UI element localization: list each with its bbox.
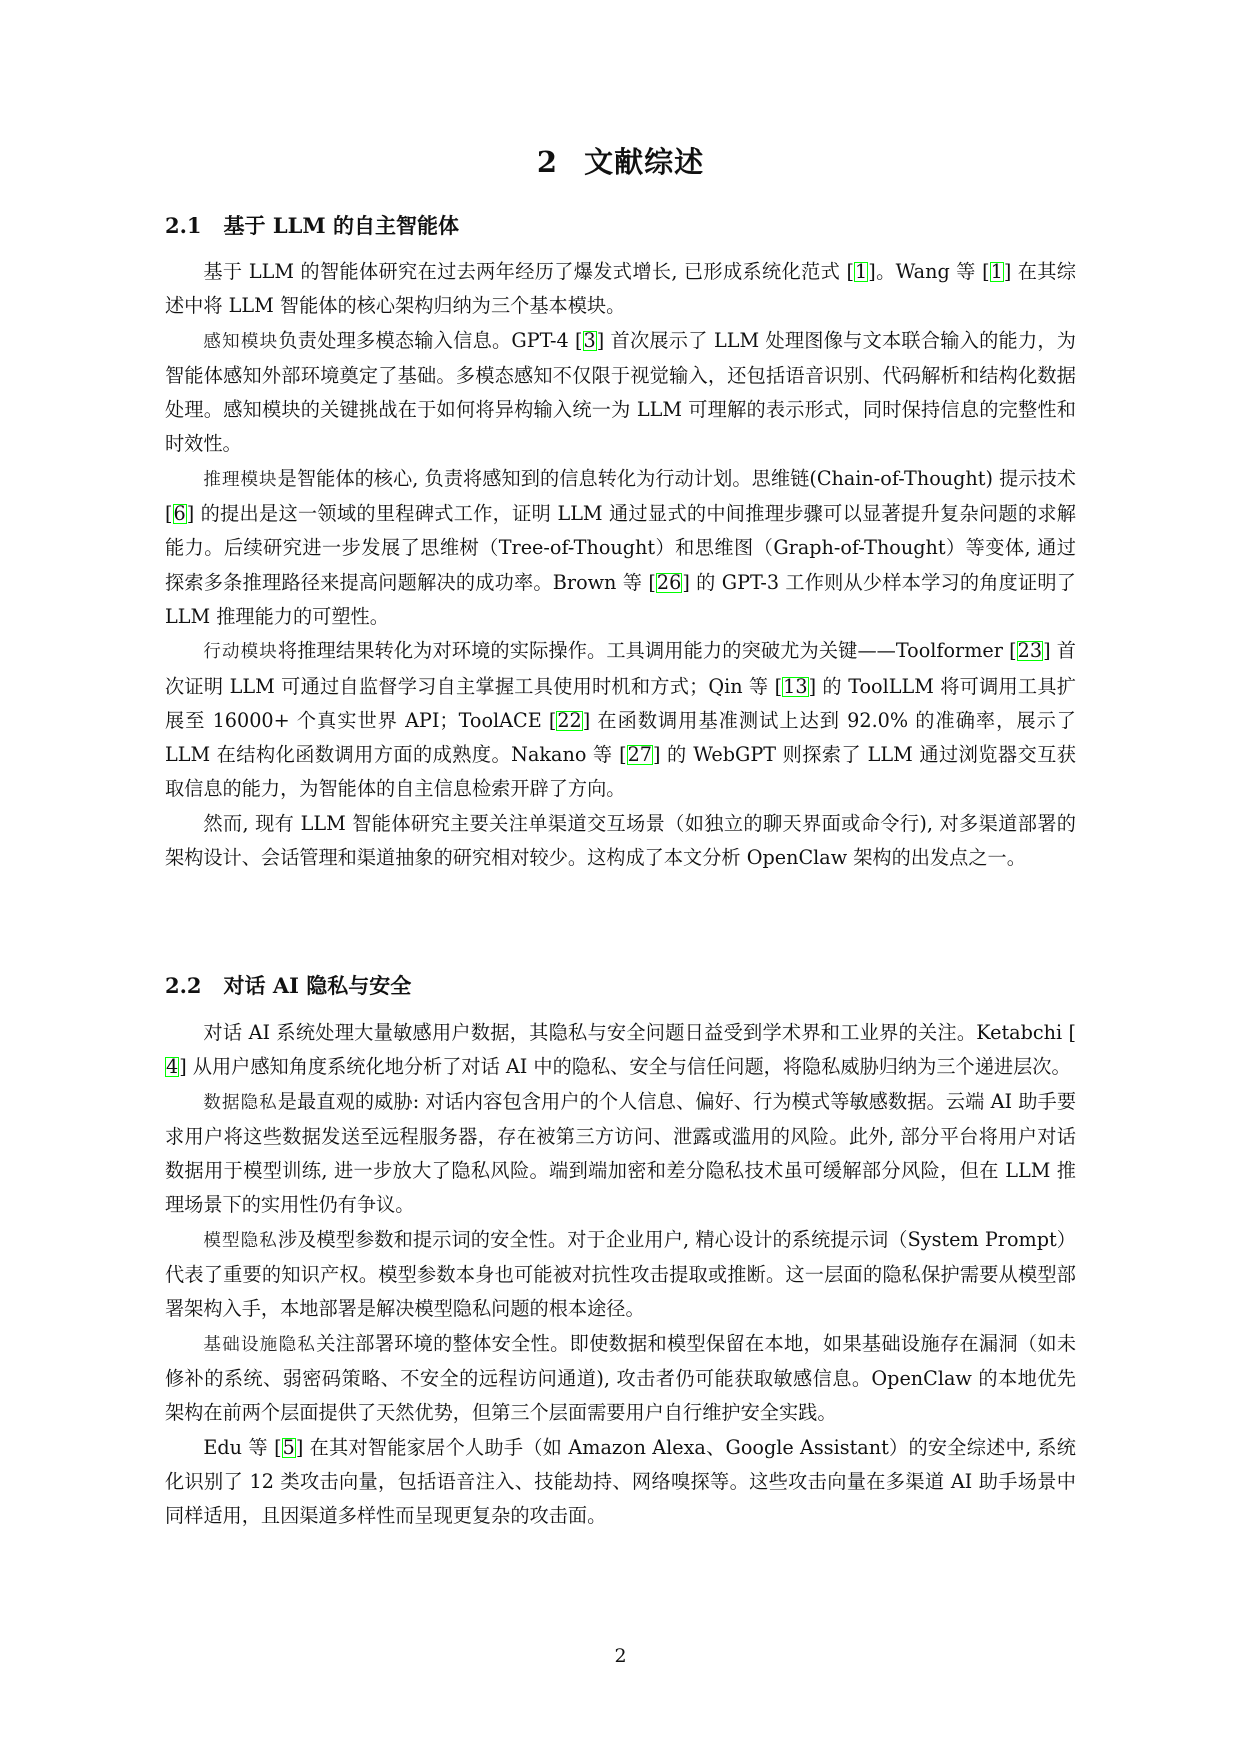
citation-link[interactable]: 26 bbox=[656, 573, 682, 593]
citation-link[interactable]: 23 bbox=[1017, 641, 1043, 661]
citation-link[interactable]: 13 bbox=[782, 677, 808, 697]
paragraph-lead-term: 感知模块 bbox=[203, 332, 278, 352]
section-body-2-2: 对话 AI 系统处理大量敏感用户数据，其隐私与安全问题日益受到学术界和工业界的关… bbox=[165, 1016, 1076, 1533]
chapter-title-text: 文献综述 bbox=[584, 145, 704, 179]
citation-link[interactable]: 27 bbox=[627, 745, 653, 765]
paragraph-text: 然而, 现有 LLM 智能体研究主要关注单渠道交互场景（如独立的聊天界面或命令行… bbox=[165, 812, 1076, 869]
section-title-text: 对话 AI 隐私与安全 bbox=[224, 973, 412, 998]
paragraph-lead-term: 推理模块 bbox=[203, 470, 277, 490]
paragraph-text: ]。Wang 等 [ bbox=[868, 260, 989, 283]
citation-link[interactable]: 5 bbox=[282, 1438, 296, 1458]
citation-link[interactable]: 4 bbox=[165, 1057, 179, 1077]
paragraph-text: ] 在其对智能家居个人助手（如 Amazon Alexa、Google Assi… bbox=[165, 1436, 1076, 1528]
paragraph-text: 基于 LLM 的智能体研究在过去两年经历了爆发式增长, 已形成系统化范式 [ bbox=[203, 260, 854, 283]
paragraph-lead-term: 模型隐私 bbox=[203, 1231, 277, 1251]
paragraph-text: 对话 AI 系统处理大量敏感用户数据，其隐私与安全问题日益受到学术界和工业界的关… bbox=[203, 1021, 1076, 1044]
paragraph-text: 负责处理多模态输入信息。GPT-4 [ bbox=[278, 329, 582, 352]
paragraph: 基于 LLM 的智能体研究在过去两年经历了爆发式增长, 已形成系统化范式 [1]… bbox=[165, 255, 1076, 324]
paragraph-text: Edu 等 [ bbox=[203, 1436, 281, 1459]
paper-page: 2文献综述 2.1基于 LLM 的自主智能体 基于 LLM 的智能体研究在过去两… bbox=[0, 0, 1241, 1754]
paragraph-text: 将推理结果转化为对环境的实际操作。工具调用能力的突破尤为关键——Toolform… bbox=[278, 639, 1017, 662]
page-number: 2 bbox=[0, 1645, 1241, 1667]
paragraph-text: 涉及模型参数和提示词的安全性。对于企业用户, 精心设计的系统提示词（System… bbox=[165, 1228, 1076, 1321]
paragraph: 对话 AI 系统处理大量敏感用户数据，其隐私与安全问题日益受到学术界和工业界的关… bbox=[165, 1016, 1076, 1085]
section-number: 2.2 bbox=[165, 973, 202, 998]
citation-link[interactable]: 1 bbox=[854, 262, 868, 282]
paragraph-lead-term: 基础设施隐私 bbox=[203, 1335, 316, 1355]
paragraph-text: ] 从用户感知角度系统化地分析了对话 AI 中的隐私、安全与信任问题，将隐私威胁… bbox=[179, 1055, 1070, 1078]
citation-link[interactable]: 22 bbox=[556, 711, 582, 731]
paragraph: 然而, 现有 LLM 智能体研究主要关注单渠道交互场景（如独立的聊天界面或命令行… bbox=[165, 807, 1076, 876]
paragraph: 基础设施隐私关注部署环境的整体安全性。即使数据和模型保留在本地，如果基础设施存在… bbox=[165, 1327, 1076, 1431]
citation-link[interactable]: 1 bbox=[990, 262, 1004, 282]
paragraph: 推理模块是智能体的核心, 负责将感知到的信息转化为行动计划。思维链(Chain-… bbox=[165, 462, 1076, 634]
chapter-title: 2文献综述 bbox=[0, 140, 1241, 181]
paragraph: 数据隐私是最直观的威胁: 对话内容包含用户的个人信息、偏好、行为模式等敏感数据。… bbox=[165, 1085, 1076, 1223]
section-title-2-2: 2.2对话 AI 隐私与安全 bbox=[165, 970, 411, 1000]
section-body-2-1: 基于 LLM 的智能体研究在过去两年经历了爆发式增长, 已形成系统化范式 [1]… bbox=[165, 255, 1076, 875]
section-number: 2.1 bbox=[165, 213, 202, 238]
paragraph: Edu 等 [5] 在其对智能家居个人助手（如 Amazon Alexa、Goo… bbox=[165, 1431, 1076, 1534]
chapter-number: 2 bbox=[537, 145, 558, 179]
paragraph: 模型隐私涉及模型参数和提示词的安全性。对于企业用户, 精心设计的系统提示词（Sy… bbox=[165, 1223, 1076, 1327]
paragraph-lead-term: 数据隐私 bbox=[203, 1093, 277, 1113]
section-title-text: 基于 LLM 的自主智能体 bbox=[224, 213, 459, 238]
citation-link[interactable]: 6 bbox=[173, 504, 187, 524]
section-title-2-1: 2.1基于 LLM 的自主智能体 bbox=[165, 210, 459, 240]
paragraph: 行动模块将推理结果转化为对环境的实际操作。工具调用能力的突破尤为关键——Tool… bbox=[165, 634, 1076, 806]
paragraph-lead-term: 行动模块 bbox=[203, 642, 278, 662]
paragraph-text: 是最直观的威胁: 对话内容包含用户的个人信息、偏好、行为模式等敏感数据。云端 A… bbox=[165, 1090, 1076, 1217]
citation-link[interactable]: 3 bbox=[583, 331, 597, 351]
paragraph: 感知模块负责处理多模态输入信息。GPT-4 [3] 首次展示了 LLM 处理图像… bbox=[165, 324, 1076, 462]
